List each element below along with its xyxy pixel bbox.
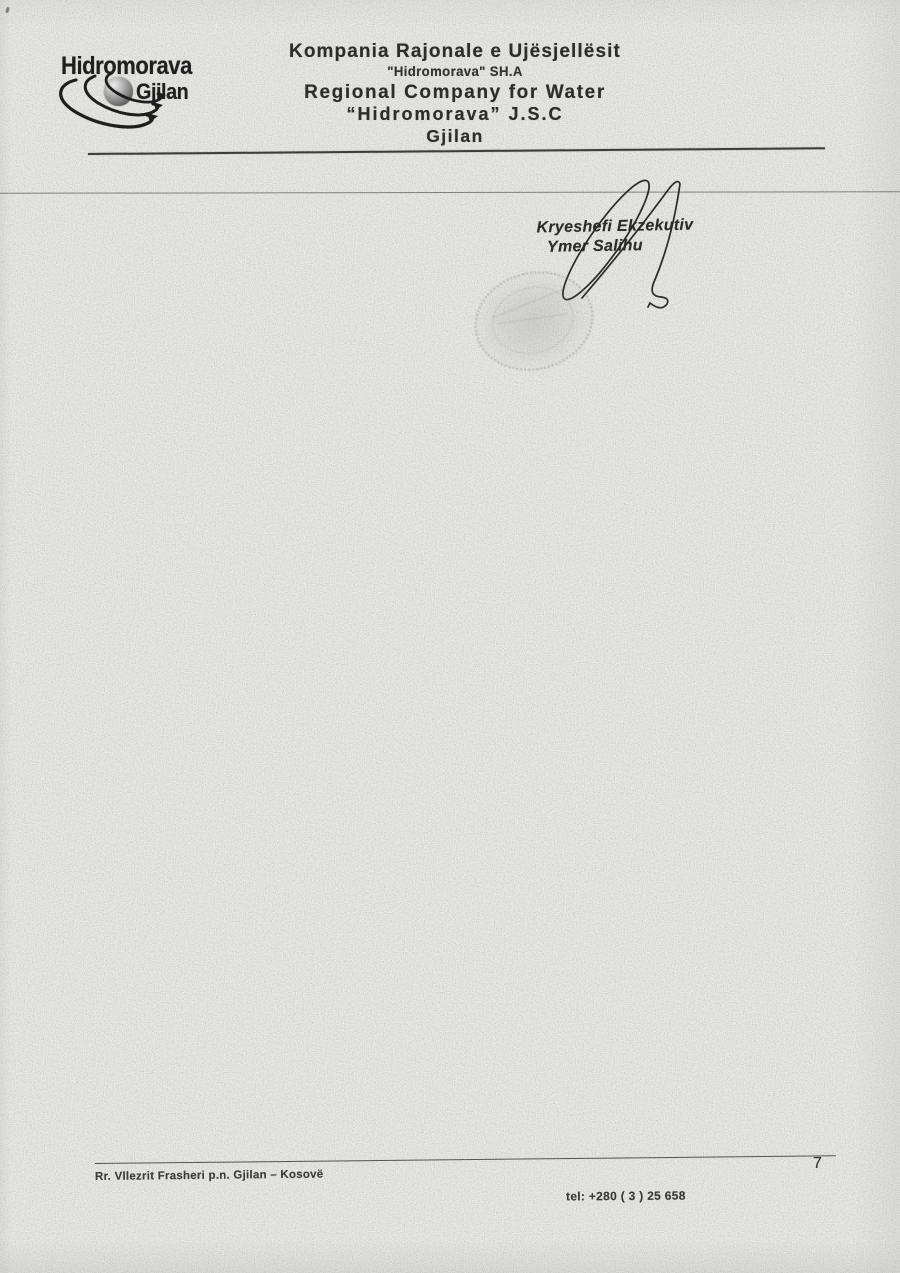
signature-block: Kryeshefi Ekzekutiv Ymer Salihu (470, 218, 760, 256)
page-divider-line (0, 191, 900, 194)
stamp-inner-ring (485, 278, 581, 362)
company-abbrev-albanian: "Hidromorava" SH.A (258, 62, 653, 81)
footer-address: Rr. Vllezrit Frasheri p.n. Gjilan – Koso… (95, 1169, 324, 1183)
letterhead-title-block: Kompania Rajonale e Ujësjellësit "Hidrom… (245, 42, 665, 146)
company-name-english: Regional Company for Water (245, 82, 665, 103)
company-city: Gjilan (245, 126, 665, 146)
company-name-albanian: Kompania Rajonale e Ujësjellësit (245, 42, 665, 62)
water-swoosh-icon (46, 58, 206, 158)
footer-phone: tel: +280 ( 3 ) 25 658 (566, 1189, 686, 1204)
page-number: 7 (813, 1155, 822, 1173)
signatory-name: Ymer Salihu (485, 236, 705, 258)
round-company-stamp (464, 259, 604, 383)
scanned-document-page: Hidromorava Gjilan Kompania Rajonale e U… (0, 0, 900, 1273)
signatory-title: Kryeshefi Ekzekutiv (470, 215, 760, 238)
footer-divider-line (95, 1155, 836, 1164)
scan-artifact-mark (5, 7, 10, 14)
company-logo: Hidromorava Gjilan (44, 50, 244, 160)
company-abbrev-english: “Hidromorava” J.S.C (245, 104, 665, 125)
